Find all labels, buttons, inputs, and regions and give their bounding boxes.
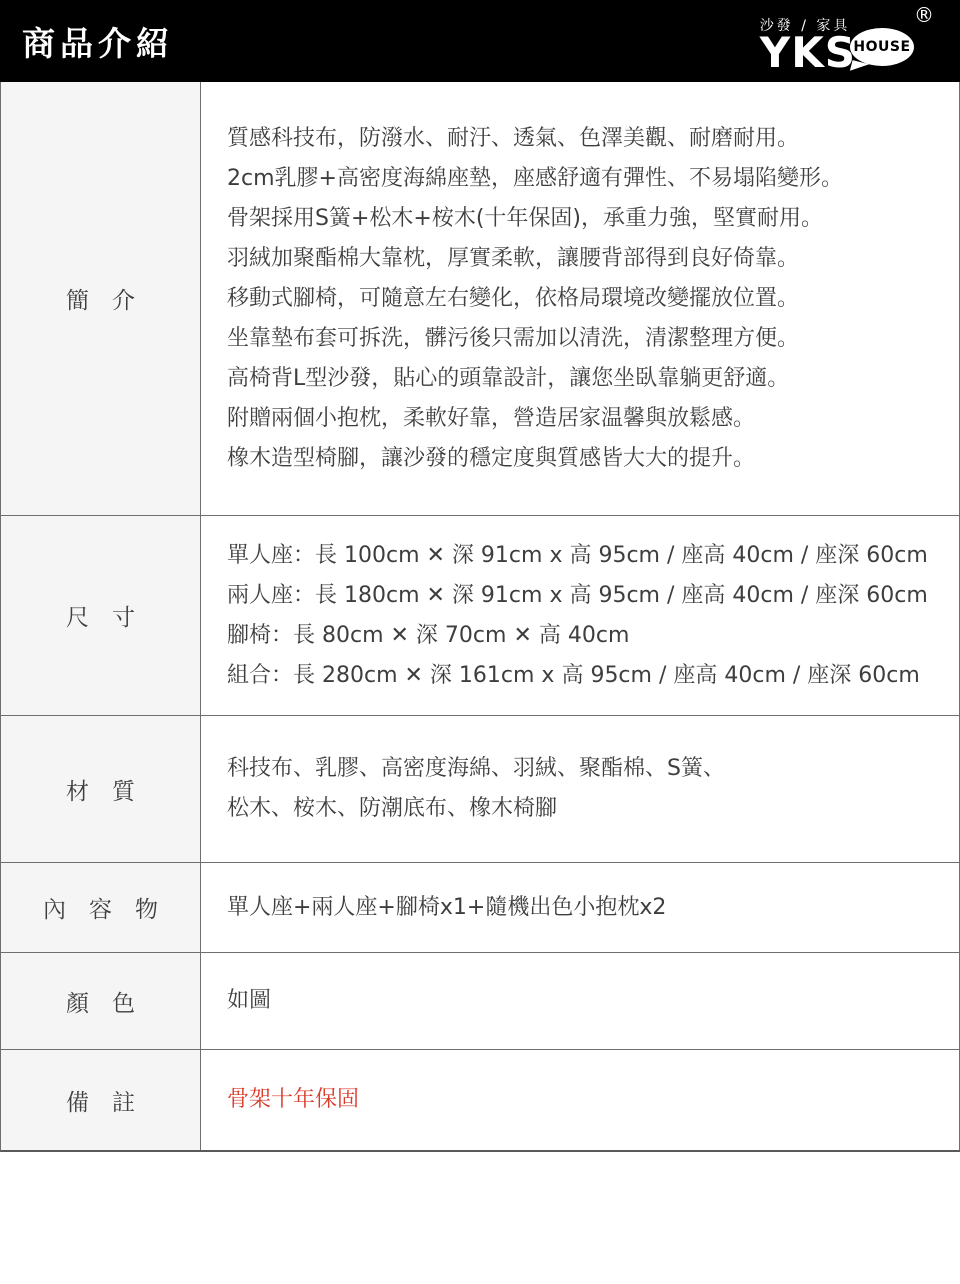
intro-line: 2cm乳膠+高密度海綿座墊，座感舒適有彈性、不易塌陷變形。 [227,159,959,199]
table-row-contents: 內容物 單人座+兩人座+腳椅x1+隨機出色小抱枕x2 [1,863,959,953]
intro-line: 骨架採用S簧+松木+桉木(十年保固)，承重力強，堅實耐用。 [227,199,959,239]
row-content-dimensions: 單人座：長 100cm ✕ 深 91cm x 高 95cm / 座高 40cm … [201,516,959,715]
product-intro-page: 商品介紹 沙發 / 家具 YKS HOUSE ® 簡介 質感科技布，防潑水、耐汙… [0,0,960,1284]
row-label-note: 備註 [66,1084,158,1117]
row-label-color: 顏色 [66,985,158,1018]
intro-line: 高椅背L型沙發，貼心的頭靠設計，讓您坐臥靠躺更舒適。 [227,359,959,399]
table-row-intro: 簡介 質感科技布，防潑水、耐汙、透氣、色澤美觀、耐磨耐用。 2cm乳膠+高密度海… [1,82,959,516]
intro-line: 附贈兩個小抱枕，柔軟好靠，營造居家温馨與放鬆感。 [227,399,959,439]
row-content-note: 骨架十年保固 [201,1050,959,1150]
row-label-cell-contents: 內容物 [1,863,201,952]
table-row-dimensions: 尺寸 單人座：長 100cm ✕ 深 91cm x 高 95cm / 座高 40… [1,516,959,716]
row-content-contents: 單人座+兩人座+腳椅x1+隨機出色小抱枕x2 [201,863,959,952]
dimension-line: 兩人座：長 180cm ✕ 深 91cm x 高 95cm / 座高 40cm … [227,576,959,616]
brand-name: YKS [760,35,856,71]
color-line: 如圖 [227,981,959,1021]
row-content-material: 科技布、乳膠、高密度海綿、羽絨、聚酯棉、S簧、 松木、桉木、防潮底布、橡木椅腳 [201,716,959,862]
note-warranty-text: 骨架十年保固 [227,1080,959,1120]
intro-line: 質感科技布，防潑水、耐汙、透氣、色澤美觀、耐磨耐用。 [227,119,959,159]
row-content-color: 如圖 [201,953,959,1049]
brand-bubble-label: HOUSE [853,39,910,55]
intro-line: 羽絨加聚酯棉大靠枕，厚實柔軟，讓腰背部得到良好倚靠。 [227,239,959,279]
row-label-dimensions: 尺寸 [66,599,158,632]
row-label-intro: 簡介 [66,282,158,315]
row-content-intro: 質感科技布，防潑水、耐汙、透氣、色澤美觀、耐磨耐用。 2cm乳膠+高密度海綿座墊… [201,82,959,515]
dimension-line: 單人座：長 100cm ✕ 深 91cm x 高 95cm / 座高 40cm … [227,536,959,576]
brand-house-bubble-icon: HOUSE [850,28,914,66]
material-line: 松木、桉木、防潮底布、橡木椅腳 [227,789,959,829]
intro-line: 橡木造型椅腳，讓沙發的穩定度與質感皆大大的提升。 [227,439,959,479]
brand-logo-text: 沙發 / 家具 YKS [760,15,856,71]
page-title: 商品介紹 [22,18,174,65]
row-label-cell-material: 材質 [1,716,201,862]
header-bar: 商品介紹 沙發 / 家具 YKS HOUSE ® [0,0,960,82]
dimension-line: 組合：長 280cm ✕ 深 161cm x 高 95cm / 座高 40cm … [227,656,959,696]
row-label-contents: 內容物 [43,891,181,924]
row-label-material: 材質 [66,773,158,806]
table-row-note: 備註 骨架十年保固 [1,1050,959,1150]
table-row-material: 材質 科技布、乳膠、高密度海綿、羽絨、聚酯棉、S簧、 松木、桉木、防潮底布、橡木… [1,716,959,863]
row-label-cell-intro: 簡介 [1,82,201,515]
row-label-cell-note: 備註 [1,1050,201,1150]
row-label-cell-color: 顏色 [1,953,201,1049]
intro-line: 坐靠墊布套可拆洗，髒污後只需加以清洗，清潔整理方便。 [227,319,959,359]
intro-line: 移動式腳椅，可隨意左右變化，依格局環境改變擺放位置。 [227,279,959,319]
contents-line: 單人座+兩人座+腳椅x1+隨機出色小抱枕x2 [227,888,959,928]
brand-logo: 沙發 / 家具 YKS HOUSE ® [760,15,930,71]
table-row-color: 顏色 如圖 [1,953,959,1050]
spec-table: 簡介 質感科技布，防潑水、耐汙、透氣、色澤美觀、耐磨耐用。 2cm乳膠+高密度海… [0,82,960,1152]
row-label-cell-dimensions: 尺寸 [1,516,201,715]
material-line: 科技布、乳膠、高密度海綿、羽絨、聚酯棉、S簧、 [227,749,959,789]
dimension-line: 腳椅：長 80cm ✕ 深 70cm ✕ 高 40cm [227,616,959,656]
registered-trademark-icon: ® [914,5,934,25]
